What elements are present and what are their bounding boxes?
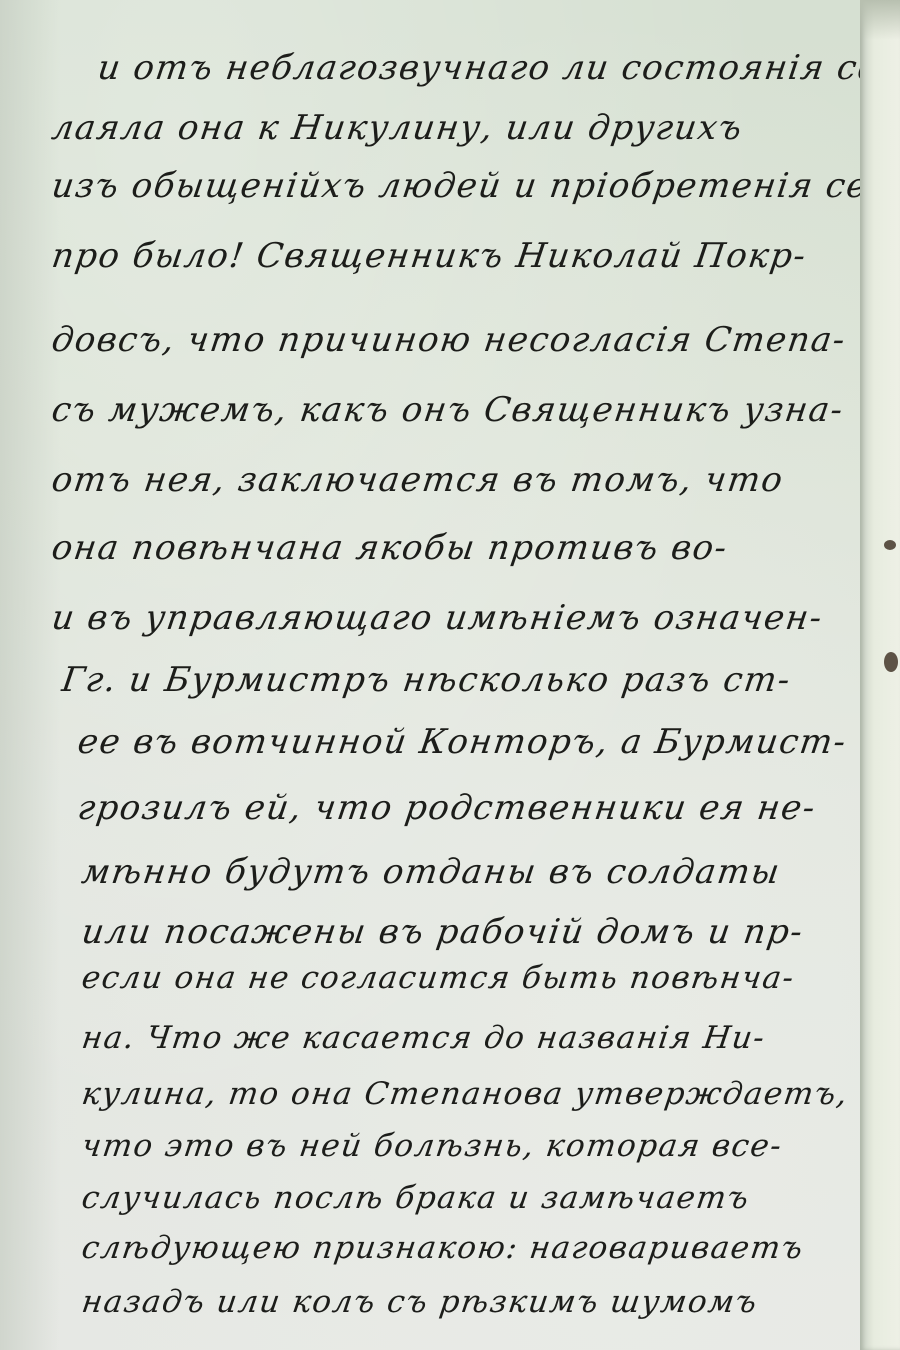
manuscript-line-20: слѣдующею признакою: наговариваетъ — [79, 1230, 880, 1266]
manuscript-line-19: случилась послѣ брака и замѣчаетъ — [79, 1180, 880, 1216]
manuscript-line-21: назадъ или колъ съ рѣзкимъ шумомъ — [79, 1284, 880, 1320]
manuscript-text: и отъ неблагозвучнаго ли состоянія своег… — [0, 0, 880, 1350]
manuscript-line-9: и въ управляющаго имѣніемъ означен- — [49, 598, 881, 638]
manuscript-line-4: про было! Священникъ Николай Покр- — [49, 236, 881, 276]
manuscript-line-6: съ мужемъ, какъ онъ Священникъ узна- — [49, 390, 881, 430]
manuscript-line-15: если она не согласится быть повѣнча- — [79, 960, 880, 996]
ink-blot — [884, 540, 896, 550]
page-fold-shadow — [860, 0, 900, 40]
manuscript-line-7: отъ нея, заключается въ томъ, что — [49, 460, 881, 500]
ink-blot — [884, 652, 898, 672]
manuscript-line-8: она повѣнчана якобы противъ во- — [49, 528, 881, 568]
manuscript-line-14: или посажены въ рабочій домъ и пр- — [79, 912, 881, 952]
manuscript-line-2: лаяла она к Никулину, или другихъ — [49, 108, 881, 148]
page-fold-edge — [860, 0, 900, 1350]
manuscript-line-5: довсъ, что причиною несогласія Степа- — [49, 320, 881, 360]
manuscript-line-10: Гг. и Бурмистръ нѣсколько разъ ст- — [59, 660, 881, 700]
manuscript-line-3: изъ обыщенійхъ людей и пріобретенія се- — [49, 166, 881, 206]
manuscript-line-18: что это въ ней болѣзнь, которая все- — [79, 1128, 880, 1164]
manuscript-line-13: мѣнно будутъ отданы въ солдаты — [79, 852, 881, 892]
manuscript-line-17: кулина, то она Степанова утверждаетъ, — [79, 1076, 880, 1112]
manuscript-line-12: грозилъ ей, что родственники ея не- — [75, 788, 881, 828]
manuscript-line-16: на. Что же касается до названія Ни- — [79, 1020, 880, 1056]
manuscript-line-1: и отъ неблагозвучнаго ли состоянія своег… — [95, 48, 881, 88]
manuscript-line-11: ее въ вотчинной Конторъ, а Бурмист- — [75, 722, 881, 762]
manuscript-page: и отъ неблагозвучнаго ли состоянія своег… — [0, 0, 880, 1350]
